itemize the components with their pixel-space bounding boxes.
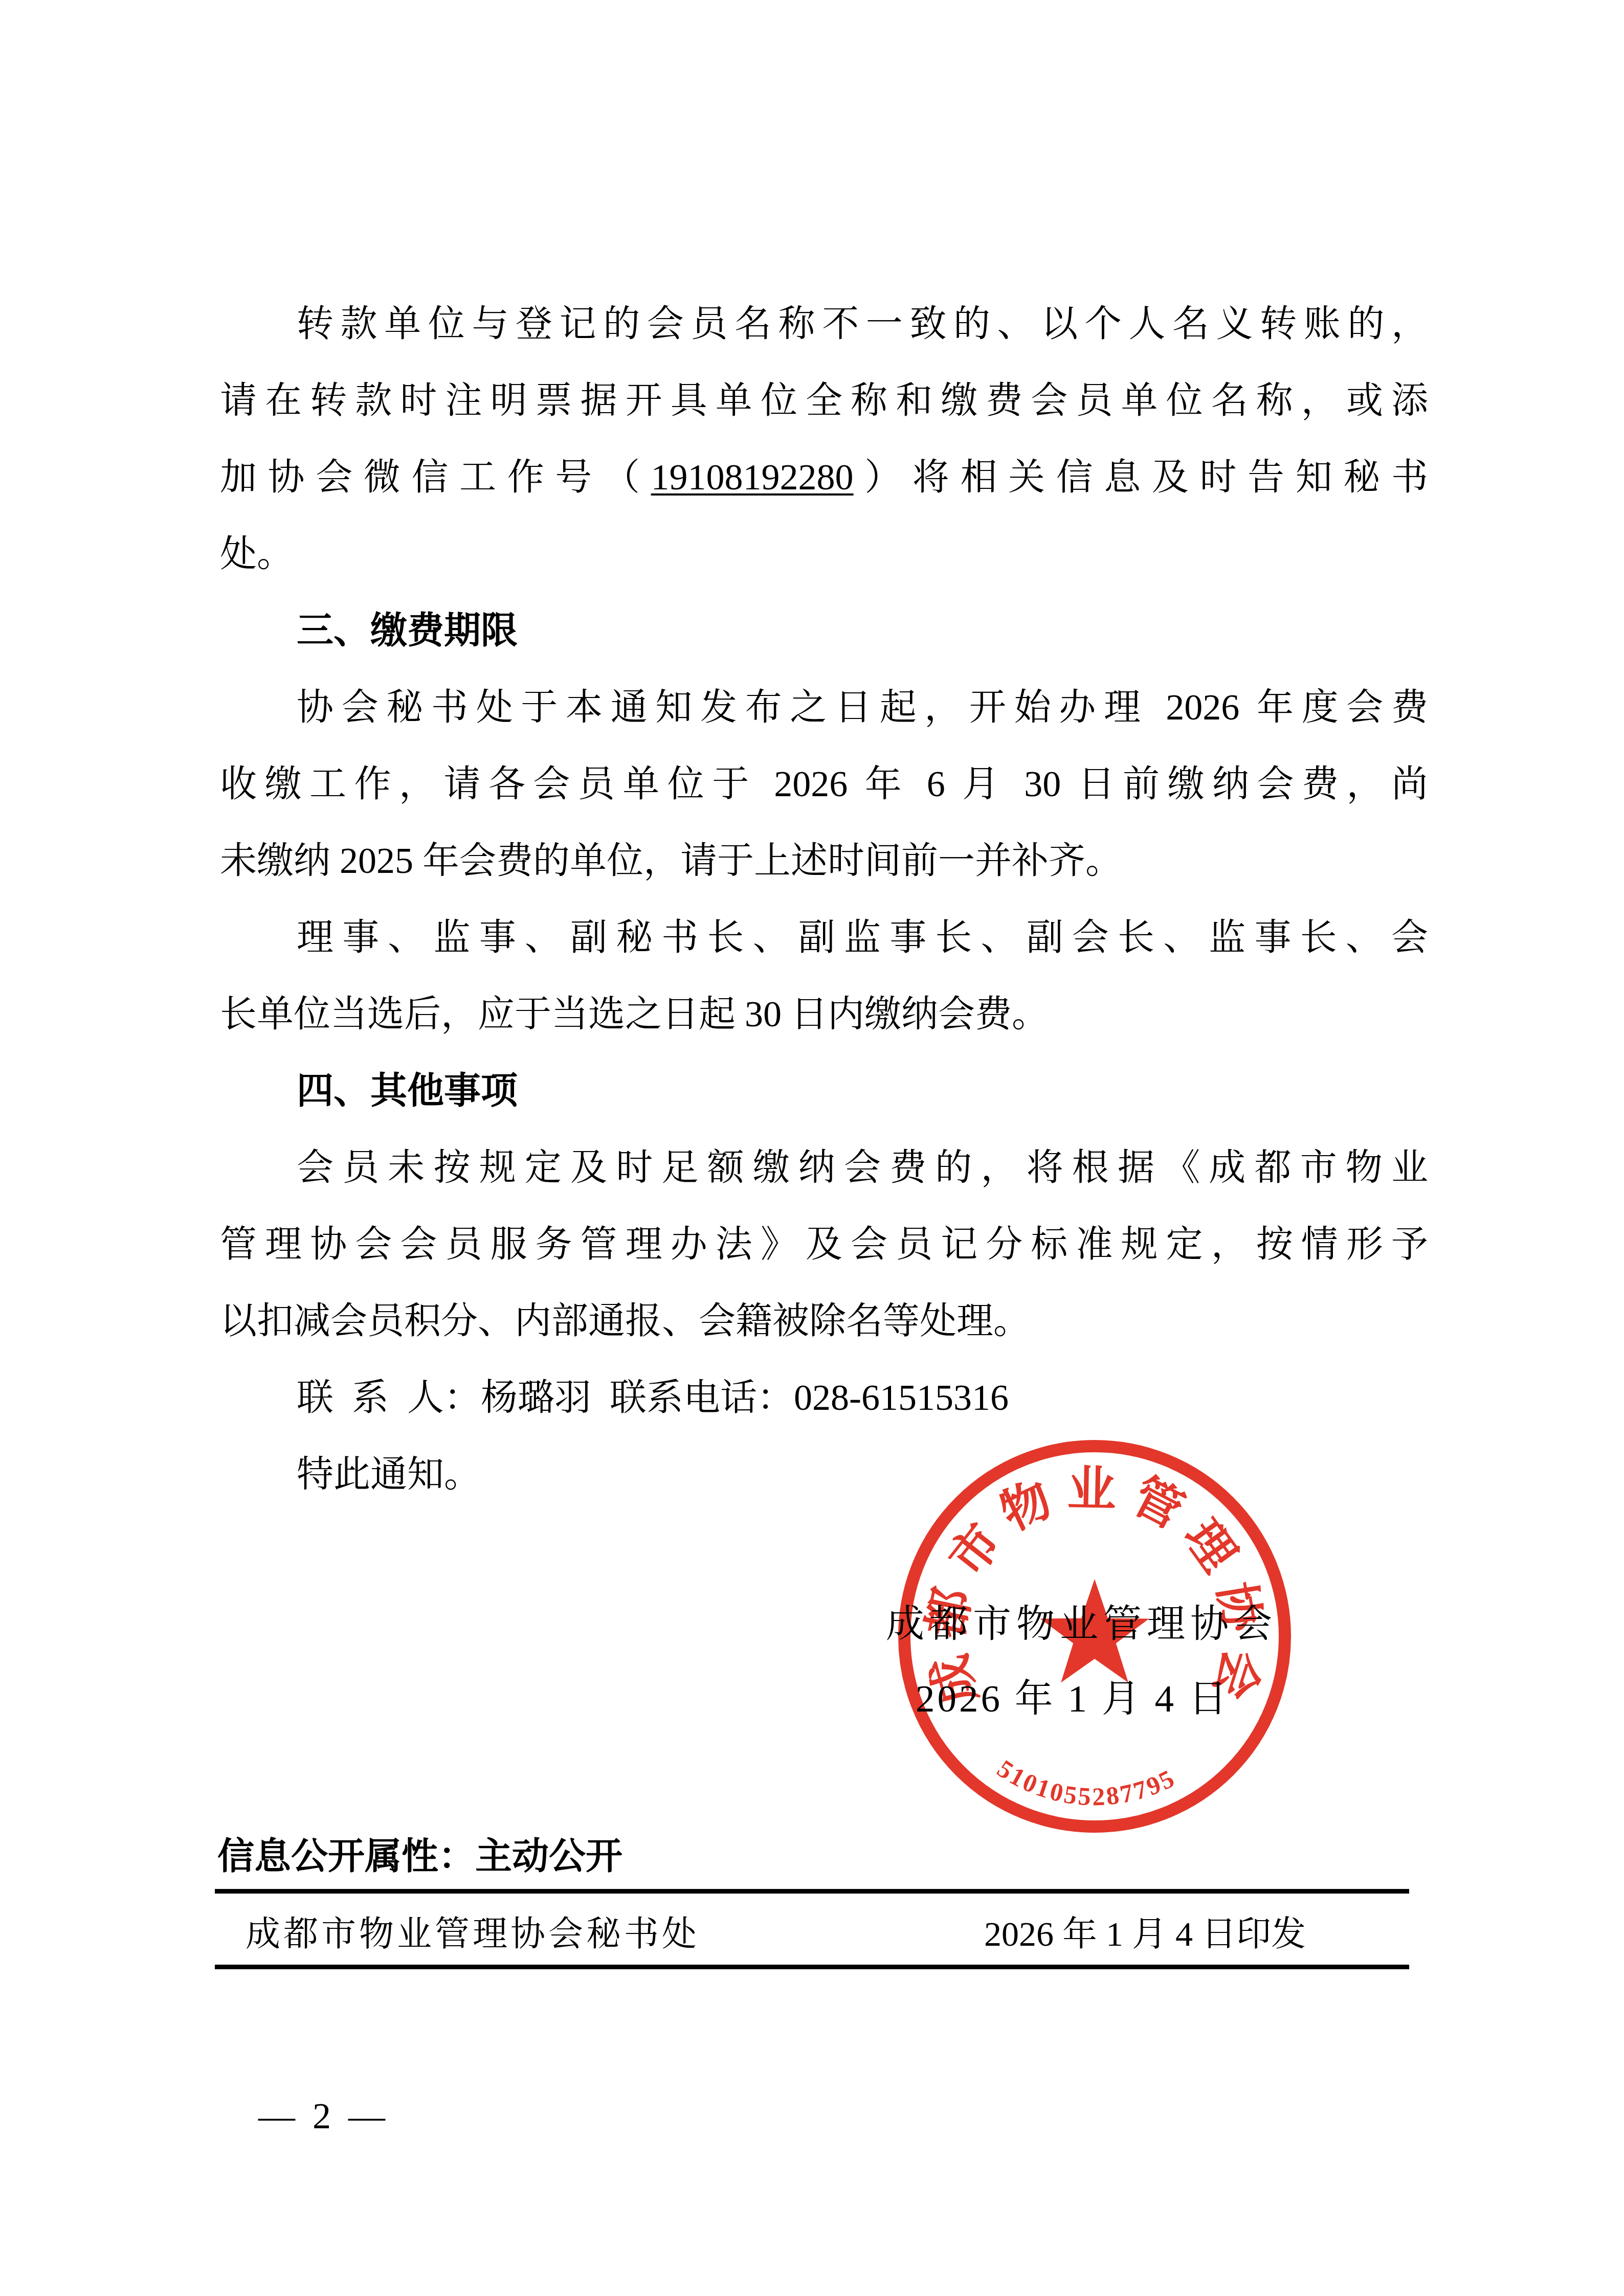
wechat-number-suffix: ）将相关信息及时告知秘书: [854, 457, 1428, 498]
disclosure-attribute-line: 信息公开属性：主动公开: [217, 1835, 622, 1878]
para-transfer-line-1: 转款单位与登记的会员名称不一致的、以个人名义转账的，: [220, 285, 1428, 362]
para-transfer-line-2: 请在转款时注明票据开具单位全称和缴费会员单位名称，或添: [220, 362, 1428, 439]
section-4-line-2: 管理协会会员服务管理办法》及会员记分标准规定，按情形予: [220, 1206, 1428, 1282]
para-transfer-line-4: 处。: [220, 515, 1428, 592]
wechat-number-prefix: 加协会微信工作号（: [220, 457, 651, 498]
footer-rule-bottom: [215, 1965, 1409, 1969]
section-3-line-1: 协会秘书处于本通知发布之日起，开始办理 2026 年度会费: [220, 669, 1428, 746]
disclosure-attribute-value: 主动公开: [475, 1836, 622, 1877]
wechat-number: 19108192280: [651, 457, 854, 498]
seal-serial-number: 5101055287795: [992, 1754, 1181, 1811]
footer-issuer: 成都市物业管理协会秘书处: [246, 1914, 700, 1954]
signature-organization: 成都市物业管理协会: [886, 1586, 1277, 1663]
section-3-line-2: 收缴工作，请各会员单位于 2026 年 6 月 30 日前缴纳会费，尚: [220, 746, 1428, 822]
footer-print-date: 2026 年 1 月 4 日印发: [984, 1914, 1306, 1954]
disclosure-attribute-label: 信息公开属性：: [217, 1836, 475, 1877]
contact-line: 联 系 人：杨璐羽 联系电话：028-61515316: [220, 1359, 1428, 1436]
para-officers-line-1: 理事、监事、副秘书长、副监事长、副会长、监事长、会: [220, 899, 1428, 976]
document-body: 转款单位与登记的会员名称不一致的、以个人名义转账的， 请在转款时注明票据开具单位…: [220, 285, 1428, 1513]
section-4-line-1: 会员未按规定及时足额缴纳会费的，将根据《成都市物业: [220, 1129, 1428, 1206]
section-4-heading: 四、其他事项: [220, 1052, 1428, 1129]
section-4-line-3: 以扣减会员积分、内部通报、会籍被除名等处理。: [220, 1282, 1428, 1359]
para-transfer-line-3: 加协会微信工作号（19108192280）将相关信息及时告知秘书: [220, 439, 1428, 515]
para-officers-line-2: 长单位当选后，应于当选之日起 30 日内缴纳会费。: [220, 976, 1428, 1052]
page-number: — 2 —: [258, 2096, 389, 2136]
footer-rule-top: [215, 1889, 1409, 1894]
section-3-heading: 三、缴费期限: [220, 592, 1428, 669]
section-3-line-3: 未缴纳 2025 年会费的单位，请于上述时间前一并补齐。: [220, 822, 1428, 899]
signature-date: 2026 年 1 月 4 日: [916, 1661, 1230, 1738]
document-page: 转款单位与登记的会员名称不一致的、以个人名义转账的， 请在转款时注明票据开具单位…: [0, 0, 1624, 2296]
